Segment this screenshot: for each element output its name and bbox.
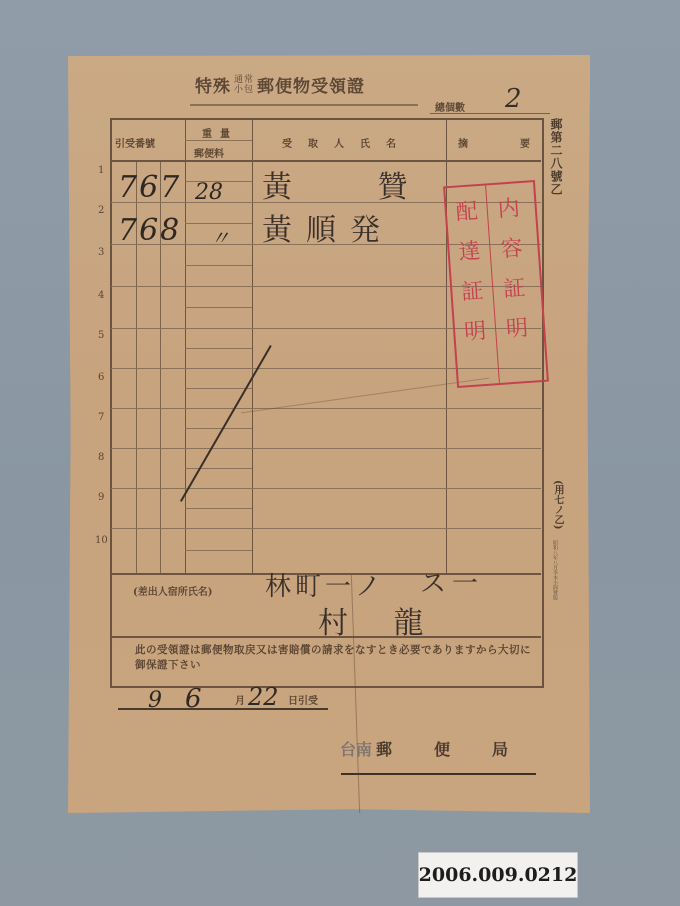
certification-stamp: 配 達 証 明 内 容 証 明 — [443, 180, 549, 388]
catalog-id: 2006.009.0212 — [419, 864, 578, 886]
row-number: 10 — [95, 535, 108, 546]
row-1-number: 767 — [118, 170, 181, 205]
grid-line — [111, 488, 541, 489]
document-title: 特殊 通常 小包 郵便物受領證 — [195, 72, 365, 97]
row-number: 8 — [98, 452, 104, 463]
header-receipt-number: 引受番號 — [115, 135, 155, 150]
header-remarks-1: 摘 — [458, 135, 468, 150]
day-accepted-label: 日引受 — [288, 692, 318, 707]
catalog-label: 2006.009.0212 — [418, 852, 578, 898]
row-number: 4 — [98, 290, 104, 301]
row-number: 6 — [98, 372, 104, 383]
row-2-fee: 〃 — [210, 222, 230, 251]
row-number: 2 — [98, 205, 104, 216]
post-office-underline — [341, 773, 536, 775]
title-suffix: 郵便物受領證 — [257, 72, 365, 97]
total-count-label: 總個數 — [435, 99, 465, 114]
grid-line — [185, 468, 252, 469]
date-underline — [118, 708, 328, 710]
printer-note: 昭和八年八月李本小阿贊版 — [552, 540, 559, 600]
form-usage-code: (用七ノ乙) — [550, 480, 565, 529]
header-recipient-name: 受取人氏名 — [282, 135, 412, 150]
date-month: 6 — [185, 684, 202, 714]
row-2-recipient: 黃順発 — [262, 205, 394, 249]
row-1-recipient: 黃 贊 — [262, 162, 446, 206]
sender-address-label: (差出人宿所氏名) — [133, 583, 212, 598]
grid-line — [185, 550, 252, 551]
grid-line — [185, 307, 252, 308]
grid-line — [111, 408, 541, 409]
header-weight: 重量 — [202, 125, 238, 140]
preservation-notice: 此の受領證は郵便物取戻又は害賠償の請求をなすとき必要でありますから大切に御保證下… — [135, 643, 535, 673]
row-number: 9 — [98, 492, 104, 503]
header-postage: 郵便料 — [194, 145, 224, 160]
row-number: 1 — [98, 165, 104, 176]
grid-line — [185, 265, 252, 266]
grid-line — [185, 388, 252, 389]
grid-line — [111, 528, 541, 529]
header-remarks-2: 要 — [520, 135, 530, 150]
grid-line — [185, 348, 252, 349]
grid-line — [185, 428, 252, 429]
sender-address-line1b: ス一 — [420, 563, 484, 600]
grid-line — [111, 448, 541, 449]
title-parenthetical: 通常 小包 — [234, 75, 254, 95]
row-2-number: 768 — [118, 213, 181, 248]
row-number: 7 — [98, 412, 104, 423]
row-number: 3 — [98, 247, 104, 258]
total-count-value: 2 — [505, 84, 522, 114]
grid-line — [252, 120, 253, 575]
total-count-underline — [430, 113, 550, 114]
post-office-name: 台南 郵 便 局 — [340, 737, 508, 760]
title-underline — [190, 104, 418, 106]
sender-name: 村 龍 — [318, 598, 442, 642]
month-label: 月 — [235, 692, 245, 707]
row-1-fee: 28 — [195, 180, 223, 205]
grid-line — [185, 140, 252, 141]
form-code: 郵第二八號乙 — [548, 118, 565, 196]
date-day: 22 — [248, 683, 279, 711]
row-number: 5 — [98, 330, 104, 341]
title-prefix: 特殊 — [195, 72, 231, 97]
grid-line — [185, 508, 252, 509]
